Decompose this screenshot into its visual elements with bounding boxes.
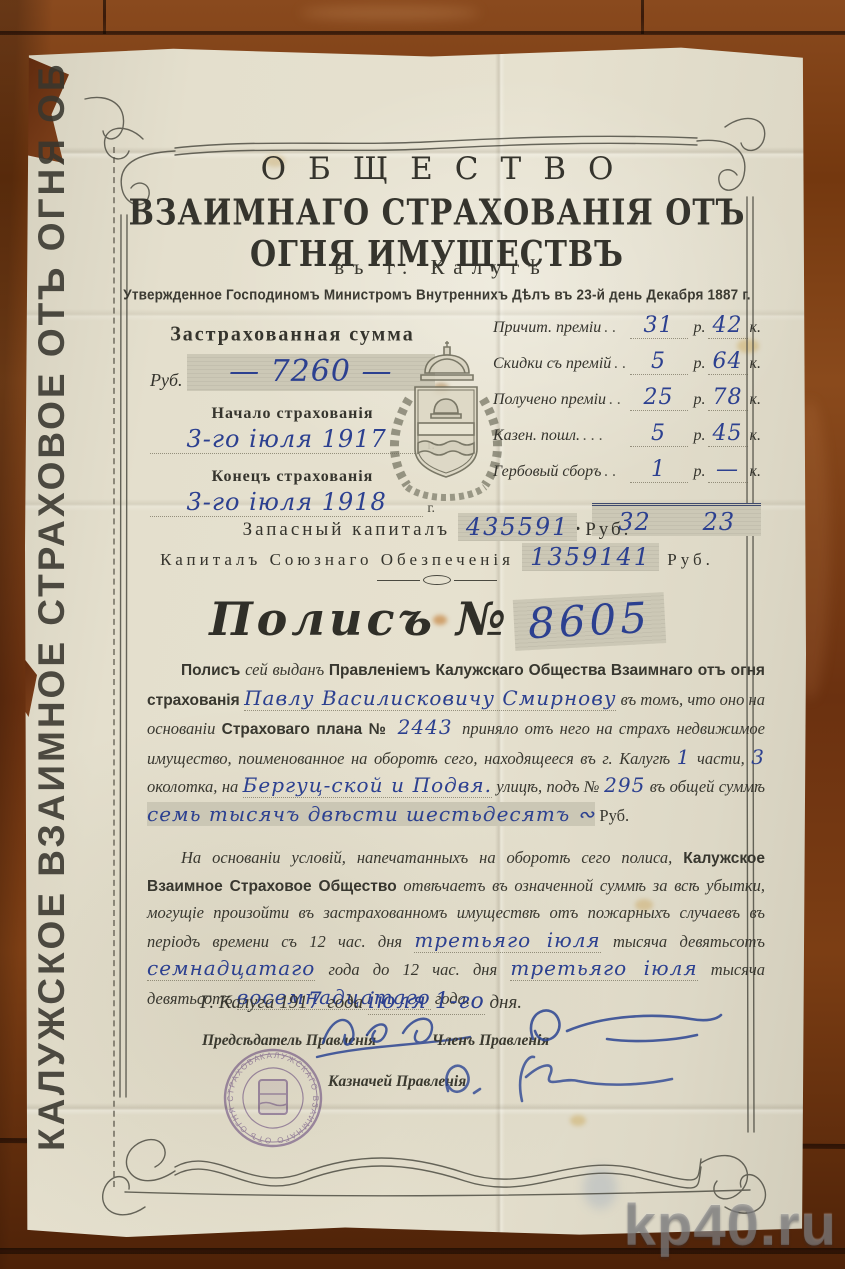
- liability-paragraph: На основаніи условій, напечатанныхъ на о…: [147, 845, 765, 1012]
- text-segment: года до 12 час. дня: [315, 960, 510, 979]
- text-segment: Страховаго плана №: [222, 721, 388, 738]
- currency-unit: Руб.: [585, 519, 631, 540]
- kopecks-abbr: к.: [748, 391, 761, 409]
- currency-label: Руб.: [150, 370, 187, 391]
- dot-leader: . .: [601, 463, 619, 481]
- premium-kopecks: 64: [708, 349, 748, 375]
- policy-document-sheet: КАЛУЖСКОЕ ВЗАИМНОЕ СТРАХОВОЕ ОТЪ ОГНЯ ОБ…: [25, 47, 806, 1237]
- sum-in-words: семь тысячъ двѣсти шестьдесятъ ∾: [147, 802, 595, 826]
- plank-seam: [641, 0, 644, 34]
- reserve-capital-line: Запасный капиталъ 435591 Руб.: [117, 513, 757, 541]
- ministry-approval-line: Утвержденное Господиномъ Министромъ Внут…: [117, 286, 757, 303]
- coverage-start-date: третьяго іюля: [414, 928, 600, 953]
- street-name: Бергуц-ской и Подвя.: [243, 773, 492, 798]
- divider-ornament: [377, 575, 497, 585]
- rubles-abbr: р.: [688, 391, 708, 409]
- premium-rubles: 5: [630, 421, 688, 447]
- rubles-abbr: р.: [688, 355, 708, 373]
- dot-leader: . . .: [580, 427, 606, 445]
- rubles-abbr: р.: [688, 463, 708, 481]
- premium-row: Скидки съ премій . . 5 р. 64 к.: [493, 349, 761, 385]
- dot-leader: . .: [601, 319, 619, 337]
- rubles-abbr: р.: [688, 427, 708, 445]
- premium-label: Получено преміи: [493, 391, 606, 409]
- kopecks-abbr: к.: [748, 463, 761, 481]
- text-segment: сей выданъ: [240, 660, 329, 679]
- reserve-capital-label: Запасный капиталъ: [243, 519, 451, 540]
- union-capital-line: Капиталъ Союзнаго Обезпеченія 1359141 Ру…: [117, 543, 757, 571]
- dot-leader: . .: [606, 391, 624, 409]
- premium-kopecks: 45: [708, 421, 748, 447]
- house-number: 295: [604, 773, 645, 797]
- currency-unit: Руб.: [667, 550, 714, 569]
- policy-number: 8605: [513, 592, 666, 651]
- kopecks-abbr: к.: [748, 427, 761, 445]
- premium-label: Скидки съ премій: [493, 355, 611, 373]
- treasurer-signature: [430, 1047, 680, 1117]
- society-title: ОБЩЕСТВО: [117, 151, 757, 187]
- site-watermark: kp40.ru: [624, 1192, 837, 1259]
- premium-kopecks: 42: [708, 313, 748, 339]
- text-segment: околотка, на: [147, 777, 243, 796]
- text-segment: Полисъ: [181, 662, 240, 679]
- premium-kopecks: —: [708, 457, 748, 483]
- reserve-capital-value: 435591: [458, 513, 578, 541]
- policy-label: Полисъ №: [209, 592, 510, 646]
- dot-leader: . .: [611, 355, 629, 373]
- premium-rubles: 31: [630, 313, 688, 339]
- text-segment: части,: [690, 749, 751, 768]
- premium-rubles: 25: [630, 385, 688, 411]
- premium-label: Казен. пошл.: [493, 427, 580, 445]
- plank-seam: [0, 31, 845, 35]
- text-segment: въ общей суммѣ: [645, 777, 765, 796]
- premium-row: Казен. пошл. . . . 5 р. 45 к.: [493, 421, 761, 457]
- text-segment: На основаніи условій, напечатанныхъ на о…: [181, 848, 683, 867]
- city-part-number: 1: [677, 745, 691, 769]
- coverage-start-year: семнадцатаго: [147, 956, 315, 981]
- premium-kopecks: 78: [708, 385, 748, 411]
- kopecks-abbr: к.: [748, 355, 761, 373]
- wood-highlight: [300, 6, 480, 20]
- union-capital-value: 1359141: [522, 543, 659, 571]
- premium-row: Получено преміи . . 25 р. 78 к.: [493, 385, 761, 421]
- premium-row: Причит. преміи . . 31 р. 42 к.: [493, 313, 761, 349]
- text-segment: Руб.: [595, 806, 629, 825]
- premium-label: Причит. преміи: [493, 319, 601, 337]
- policy-number-line: Полисъ № 8605: [117, 592, 757, 647]
- plank-seam: [103, 0, 106, 34]
- premium-rubles: 1: [630, 457, 688, 483]
- society-city: въ г. Калугѣ: [117, 255, 757, 280]
- rubles-abbr: р.: [688, 319, 708, 337]
- text-segment: улицѣ, подъ №: [492, 777, 604, 796]
- text-segment: Г. Калуга 191: [200, 992, 308, 1013]
- kopecks-abbr: к.: [748, 319, 761, 337]
- coverage-end-date: третьяго іюля: [510, 956, 697, 981]
- district-number: 3: [751, 745, 765, 769]
- union-capital-label: Капиталъ Союзнаго Обезпеченія: [160, 550, 514, 569]
- premium-label: Гербовый сборъ: [493, 463, 601, 481]
- premium-table: Причит. преміи . . 31 р. 42 к. Скидки съ…: [493, 313, 761, 536]
- kaluga-coat-of-arms: [381, 339, 511, 511]
- plan-number: 2443: [388, 715, 462, 739]
- premium-rubles: 5: [630, 349, 688, 375]
- policy-issue-paragraph: Полисъ сей выданъ Правленіемъ Калужскаго…: [147, 657, 765, 829]
- insured-person-name: Павлу Василисковичу Смирнову: [244, 686, 616, 711]
- text-segment: тысяча девятьсотъ: [601, 932, 765, 951]
- premium-row: Гербовый сборъ . . 1 р. — к.: [493, 457, 761, 493]
